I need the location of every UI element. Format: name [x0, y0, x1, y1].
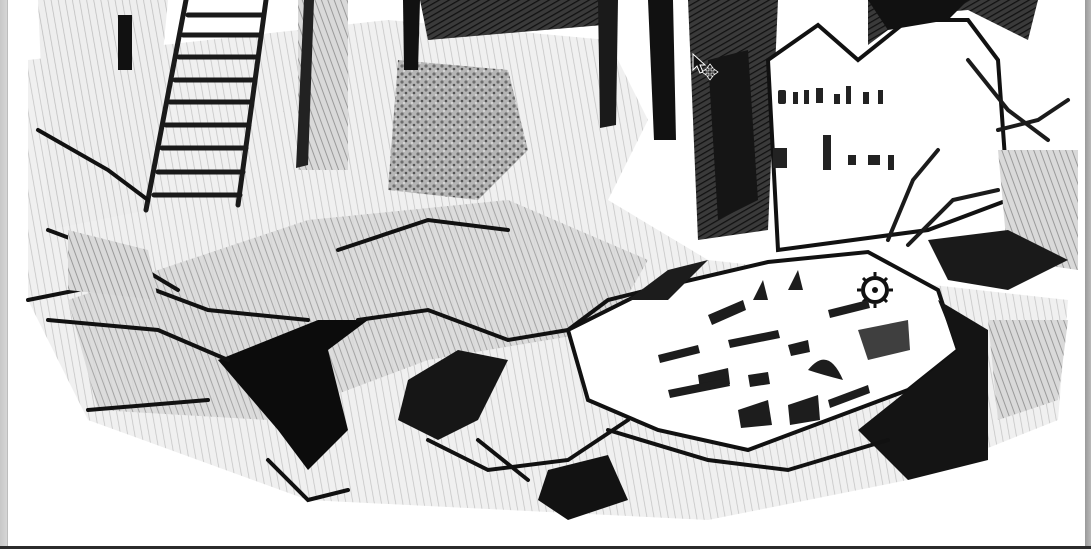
window-border-left	[0, 0, 8, 546]
image-viewer-window	[0, 0, 1091, 549]
window-border-right	[1085, 0, 1091, 546]
image-canvas[interactable]	[8, 0, 1085, 546]
cemetery-ink-drawing	[8, 0, 1085, 546]
